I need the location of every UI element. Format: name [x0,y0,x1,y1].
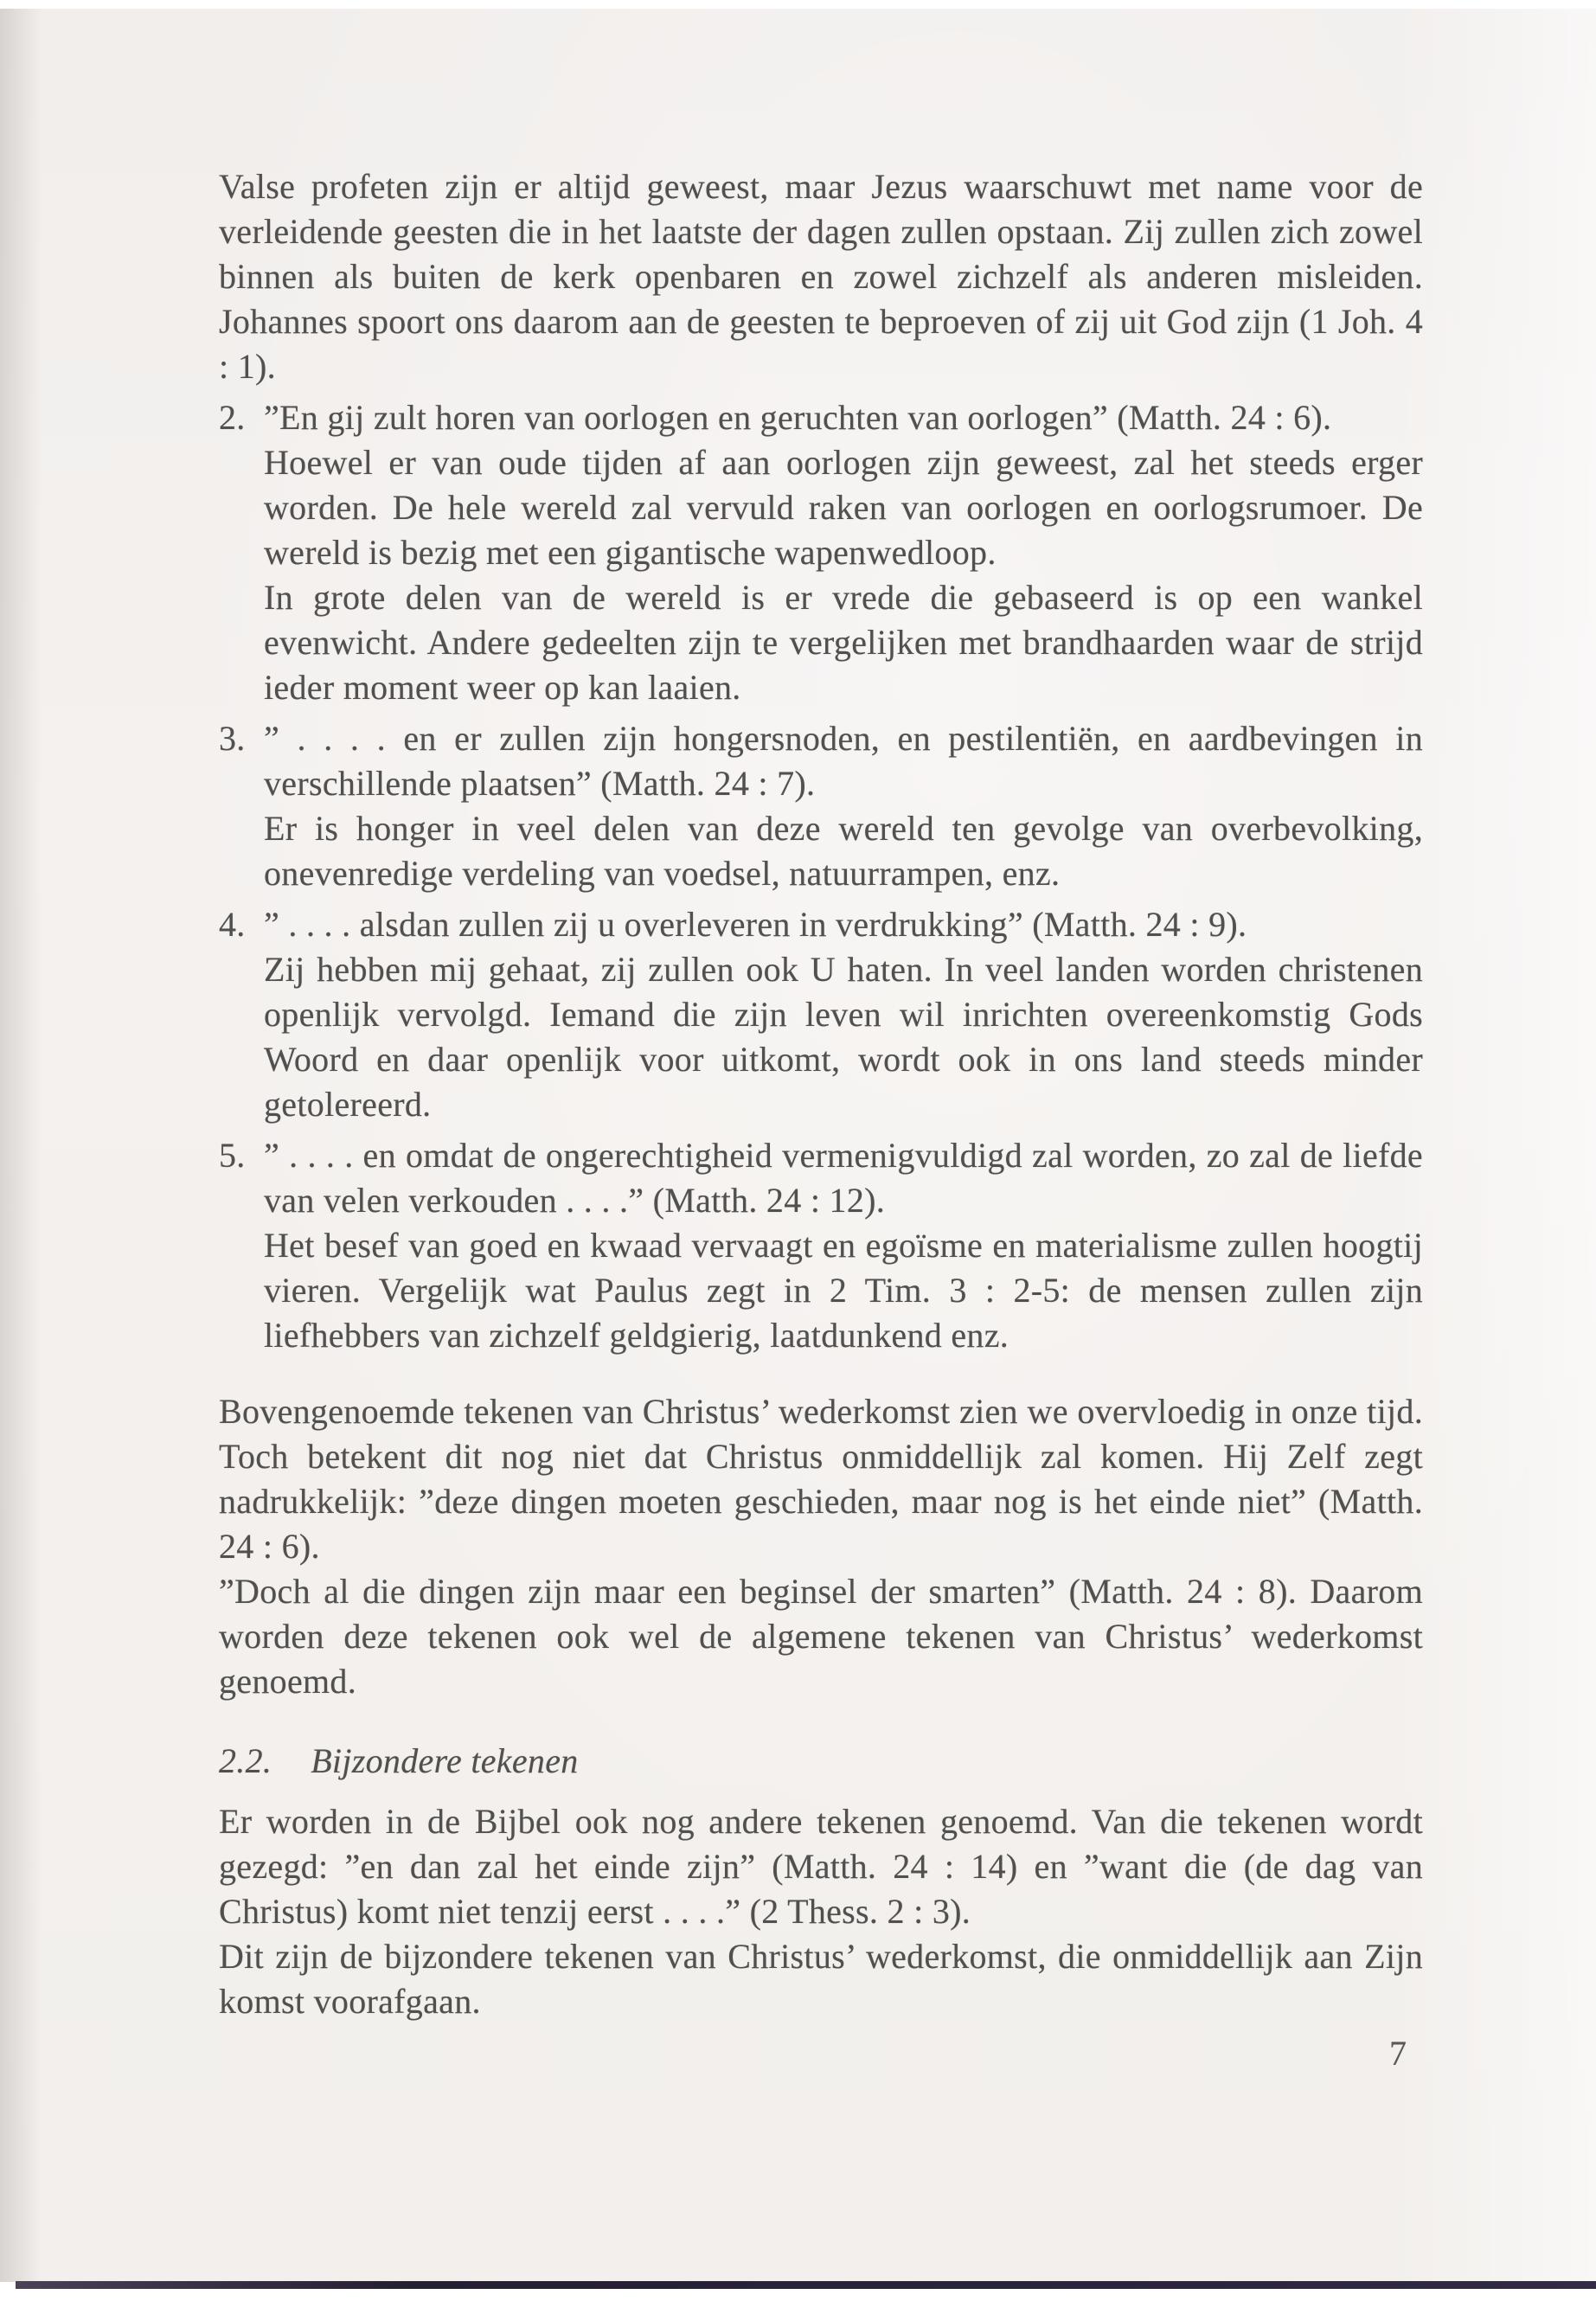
item-paragraph: Er is honger in veel delen van deze were… [264,806,1423,896]
list-item: 3. ” . . . . en er zullen zijn hongersno… [219,716,1423,896]
item-number: 3. [219,716,246,761]
section-paragraph: Dit zijn de bijzondere tekenen van Chris… [219,1934,1423,2024]
item-paragraph: Zij hebben mij gehaat, zij zullen ook U … [264,947,1423,1127]
item-paragraph: ” . . . . alsdan zullen zij u overlevere… [264,902,1423,947]
closing-paragraph: Bovengenoemde tekenen van Christus’ wede… [219,1389,1423,1569]
item-number: 2. [219,395,246,440]
item-paragraph: ”En gij zult horen van oorlogen en geruc… [264,395,1423,440]
item-paragraph: ” . . . . en er zullen zijn hongersnoden… [264,716,1423,806]
section-paragraph: Er worden in de Bijbel ook nog andere te… [219,1799,1423,1934]
section-number: 2.2. [219,1741,272,1780]
page-bottom-edge [16,2281,1596,2289]
section-heading: 2.2.Bijzondere tekenen [219,1739,1423,1784]
item-number: 5. [219,1133,246,1178]
item-paragraph: ” . . . . en omdat de ongerechtigheid ve… [264,1133,1423,1223]
list-item: 5. ” . . . . en omdat de ongerechtigheid… [219,1133,1423,1358]
body-text: Valse profeten zijn er altijd geweest, m… [219,164,1423,2024]
closing-paragraphs: Bovengenoemde tekenen van Christus’ wede… [219,1389,1423,1704]
item-paragraph: Het besef van goed en kwaad vervaagt en … [264,1223,1423,1358]
page-number: 7 [1389,2033,1407,2073]
item-paragraph: Hoewel er van oude tijden af aan oorloge… [264,440,1423,575]
item-paragraph: In grote delen van de wereld is er vrede… [264,575,1423,710]
closing-paragraph: ”Doch al die dingen zijn maar een begins… [219,1569,1423,1704]
section-paragraphs: Er worden in de Bijbel ook nog andere te… [219,1799,1423,2024]
section-title: Bijzondere tekenen [311,1741,578,1780]
list-item: 2. ”En gij zult horen van oorlogen en ge… [219,395,1423,710]
list-item: 4. ” . . . . alsdan zullen zij u overlev… [219,902,1423,1127]
intro-paragraph: Valse profeten zijn er altijd geweest, m… [219,164,1423,389]
item-number: 4. [219,902,246,947]
